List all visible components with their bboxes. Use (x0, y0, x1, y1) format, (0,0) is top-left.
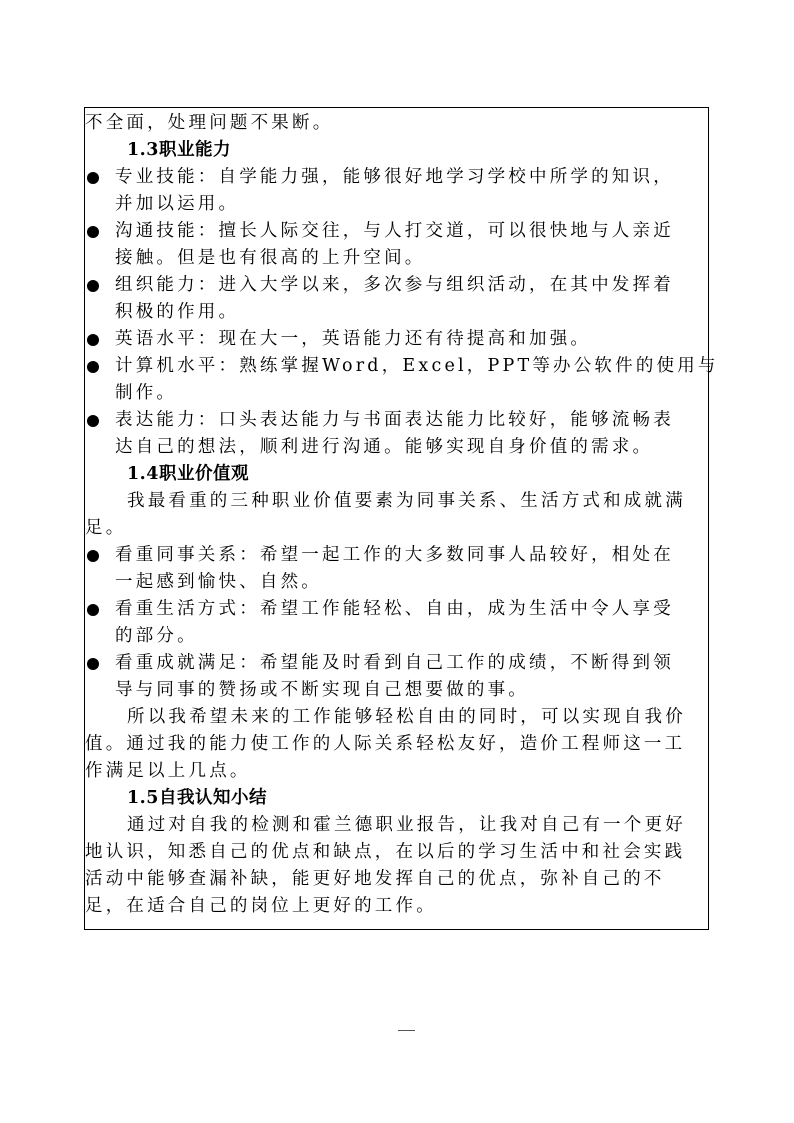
bullet-item: 看重生活方式：希望工作能轻松、自由，成为生活中令人享受 (85, 596, 674, 623)
bullet-icon (87, 604, 99, 616)
page-number-mark (398, 1030, 415, 1031)
content-table-cell: 不全面，处理问题不果断。 1.3职业能力 专业技能：自学能力强，能够很好地学习学… (84, 107, 709, 930)
bullet-icon (87, 658, 99, 670)
text-line: 不全面，处理问题不果断。 (85, 110, 333, 137)
bullet-continuation: 并加以运用。 (85, 191, 239, 218)
bullet-text: 专业技能：自学能力强，能够很好地学习学校中所学的知识， (115, 167, 674, 187)
section-heading-1-4: 1.4职业价值观 (85, 461, 249, 488)
paragraph-line: 值。通过我的能力使工作的人际关系轻松友好，造价工程师这一工 (85, 731, 685, 758)
bullet-item: 看重同事关系：希望一起工作的大多数同事人品较好，相处在 (85, 542, 674, 569)
paragraph-line: 作满足以上几点。 (85, 758, 251, 785)
bullet-icon (87, 361, 99, 373)
bullet-continuation: 一起感到愉快、自然。 (85, 569, 322, 596)
bullet-icon (87, 415, 99, 427)
bullet-icon (87, 280, 99, 292)
bullet-text: 看重生活方式：希望工作能轻松、自由，成为生活中令人享受 (115, 599, 674, 619)
bullet-icon (87, 550, 99, 562)
bullet-continuation: 达自己的想法，顺利进行沟通。能够实现自身价值的需求。 (85, 434, 653, 461)
bullet-text: 组织能力：进入大学以来，多次参与组织活动，在其中发挥着 (115, 275, 674, 295)
bullet-item: 沟通技能：擅长人际交往，与人打交道，可以很快地与人亲近 (85, 218, 674, 245)
bullet-icon (87, 172, 99, 184)
bullet-icon (87, 334, 99, 346)
bullet-continuation: 制作。 (85, 380, 177, 407)
bullet-item: 计算机水平：熟练掌握Word，Excel，PPT等办公软件的使用与 (85, 353, 719, 380)
bullet-text: 看重同事关系：希望一起工作的大多数同事人品较好，相处在 (115, 545, 674, 565)
bullet-continuation: 导与同事的赞扬或不断实现自己想要做的事。 (85, 677, 529, 704)
section-heading-1-5: 1.5自我认知小结 (85, 785, 267, 812)
bullet-item: 看重成就满足：希望能及时看到自己工作的成绩，不断得到领 (85, 650, 674, 677)
bullet-continuation: 的部分。 (85, 623, 198, 650)
paragraph-line: 足。 (85, 515, 126, 542)
bullet-item: 专业技能：自学能力强，能够很好地学习学校中所学的知识， (85, 164, 674, 191)
bullet-text: 表达能力：口头表达能力与书面表达能力比较好，能够流畅表 (115, 410, 674, 430)
bullet-item: 表达能力：口头表达能力与书面表达能力比较好，能够流畅表 (85, 407, 674, 434)
paragraph-line: 地认识，知悉自己的优点和缺点，在以后的学习生活中和社会实践 (85, 839, 685, 866)
bullet-icon (87, 226, 99, 238)
bullet-text: 沟通技能：擅长人际交往，与人打交道，可以很快地与人亲近 (115, 221, 674, 241)
paragraph-line: 所以我希望未来的工作能够轻松自由的同时，可以实现自我价 (85, 704, 686, 731)
bullet-text: 看重成就满足：希望能及时看到自己工作的成绩，不断得到领 (115, 653, 674, 673)
paragraph-line: 通过对自我的检测和霍兰德职业报告，让我对自己有一个更好 (85, 812, 686, 839)
paragraph-line: 活动中能够查漏补缺，能更好地发挥自己的优点，弥补自己的不 (85, 866, 665, 893)
bullet-item: 组织能力：进入大学以来，多次参与组织活动，在其中发挥着 (85, 272, 674, 299)
bullet-continuation: 接触。但是也有很高的上升空间。 (85, 245, 426, 272)
bullet-item: 英语水平：现在大一，英语能力还有待提高和加强。 (85, 326, 591, 353)
paragraph-line: 我最看重的三种职业价值要素为同事关系、生活方式和成就满 (85, 488, 686, 515)
bullet-text: 计算机水平：熟练掌握Word，Excel，PPT等办公软件的使用与 (115, 356, 719, 376)
bullet-text: 英语水平：现在大一，英语能力还有待提高和加强。 (115, 329, 591, 349)
bullet-continuation: 积极的作用。 (85, 299, 239, 326)
section-heading-1-3: 1.3职业能力 (85, 137, 231, 164)
paragraph-line: 足，在适合自己的岗位上更好的工作。 (85, 893, 437, 920)
